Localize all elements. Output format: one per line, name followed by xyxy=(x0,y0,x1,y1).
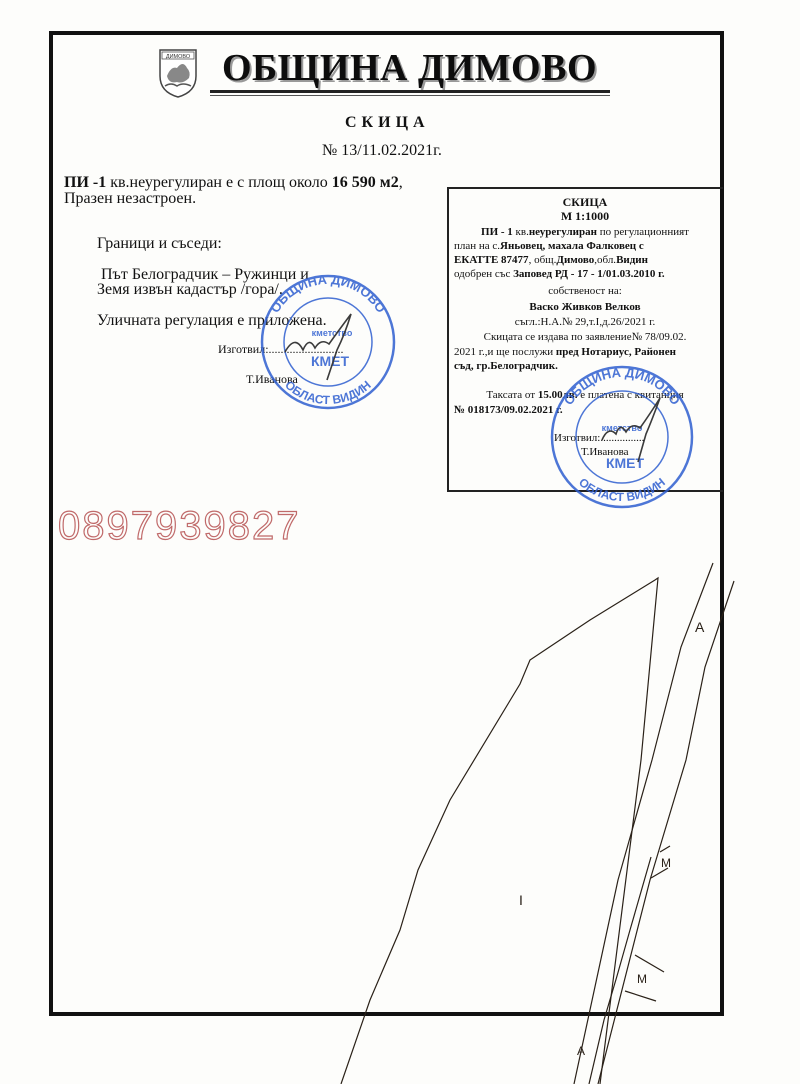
road-label-top: А xyxy=(695,619,705,635)
parcel-boundary xyxy=(341,578,658,1084)
parcel-label: I xyxy=(519,892,523,908)
svg-text:ОБЩИНА ДИМОВО: ОБЩИНА ДИМОВО xyxy=(561,365,684,408)
road-lines xyxy=(574,563,734,1084)
municipality-stamp-right: ОБЩИНА ДИМОВО ОБЛАСТ ВИДИН кметство КМЕТ xyxy=(552,365,692,507)
road-label-bottom: А xyxy=(577,1044,585,1058)
svg-text:ОБЛАСТ ВИДИН: ОБЛАСТ ВИДИН xyxy=(282,378,373,407)
stamp-center-bottom: КМЕТ xyxy=(311,353,350,369)
svg-text:ОБЩИНА ДИМОВО: ОБЩИНА ДИМОВО xyxy=(267,272,389,316)
map-and-stamps: А А I М М ОБЩИНА ДИМОВО ОБЛАСТ ВИДИН кме… xyxy=(0,0,800,1084)
municipality-stamp-left: ОБЩИНА ДИМОВО ОБЛАСТ ВИДИН кметство КМЕТ xyxy=(262,272,394,408)
stamp-top-text: ОБЩИНА ДИМОВО xyxy=(561,365,684,408)
marker-label-1: М xyxy=(661,856,671,870)
marker-label-2: М xyxy=(637,972,647,986)
stamp-top-text: ОБЩИНА ДИМОВО xyxy=(267,272,389,316)
stamp-bottom-text: ОБЛАСТ ВИДИН xyxy=(282,378,373,407)
